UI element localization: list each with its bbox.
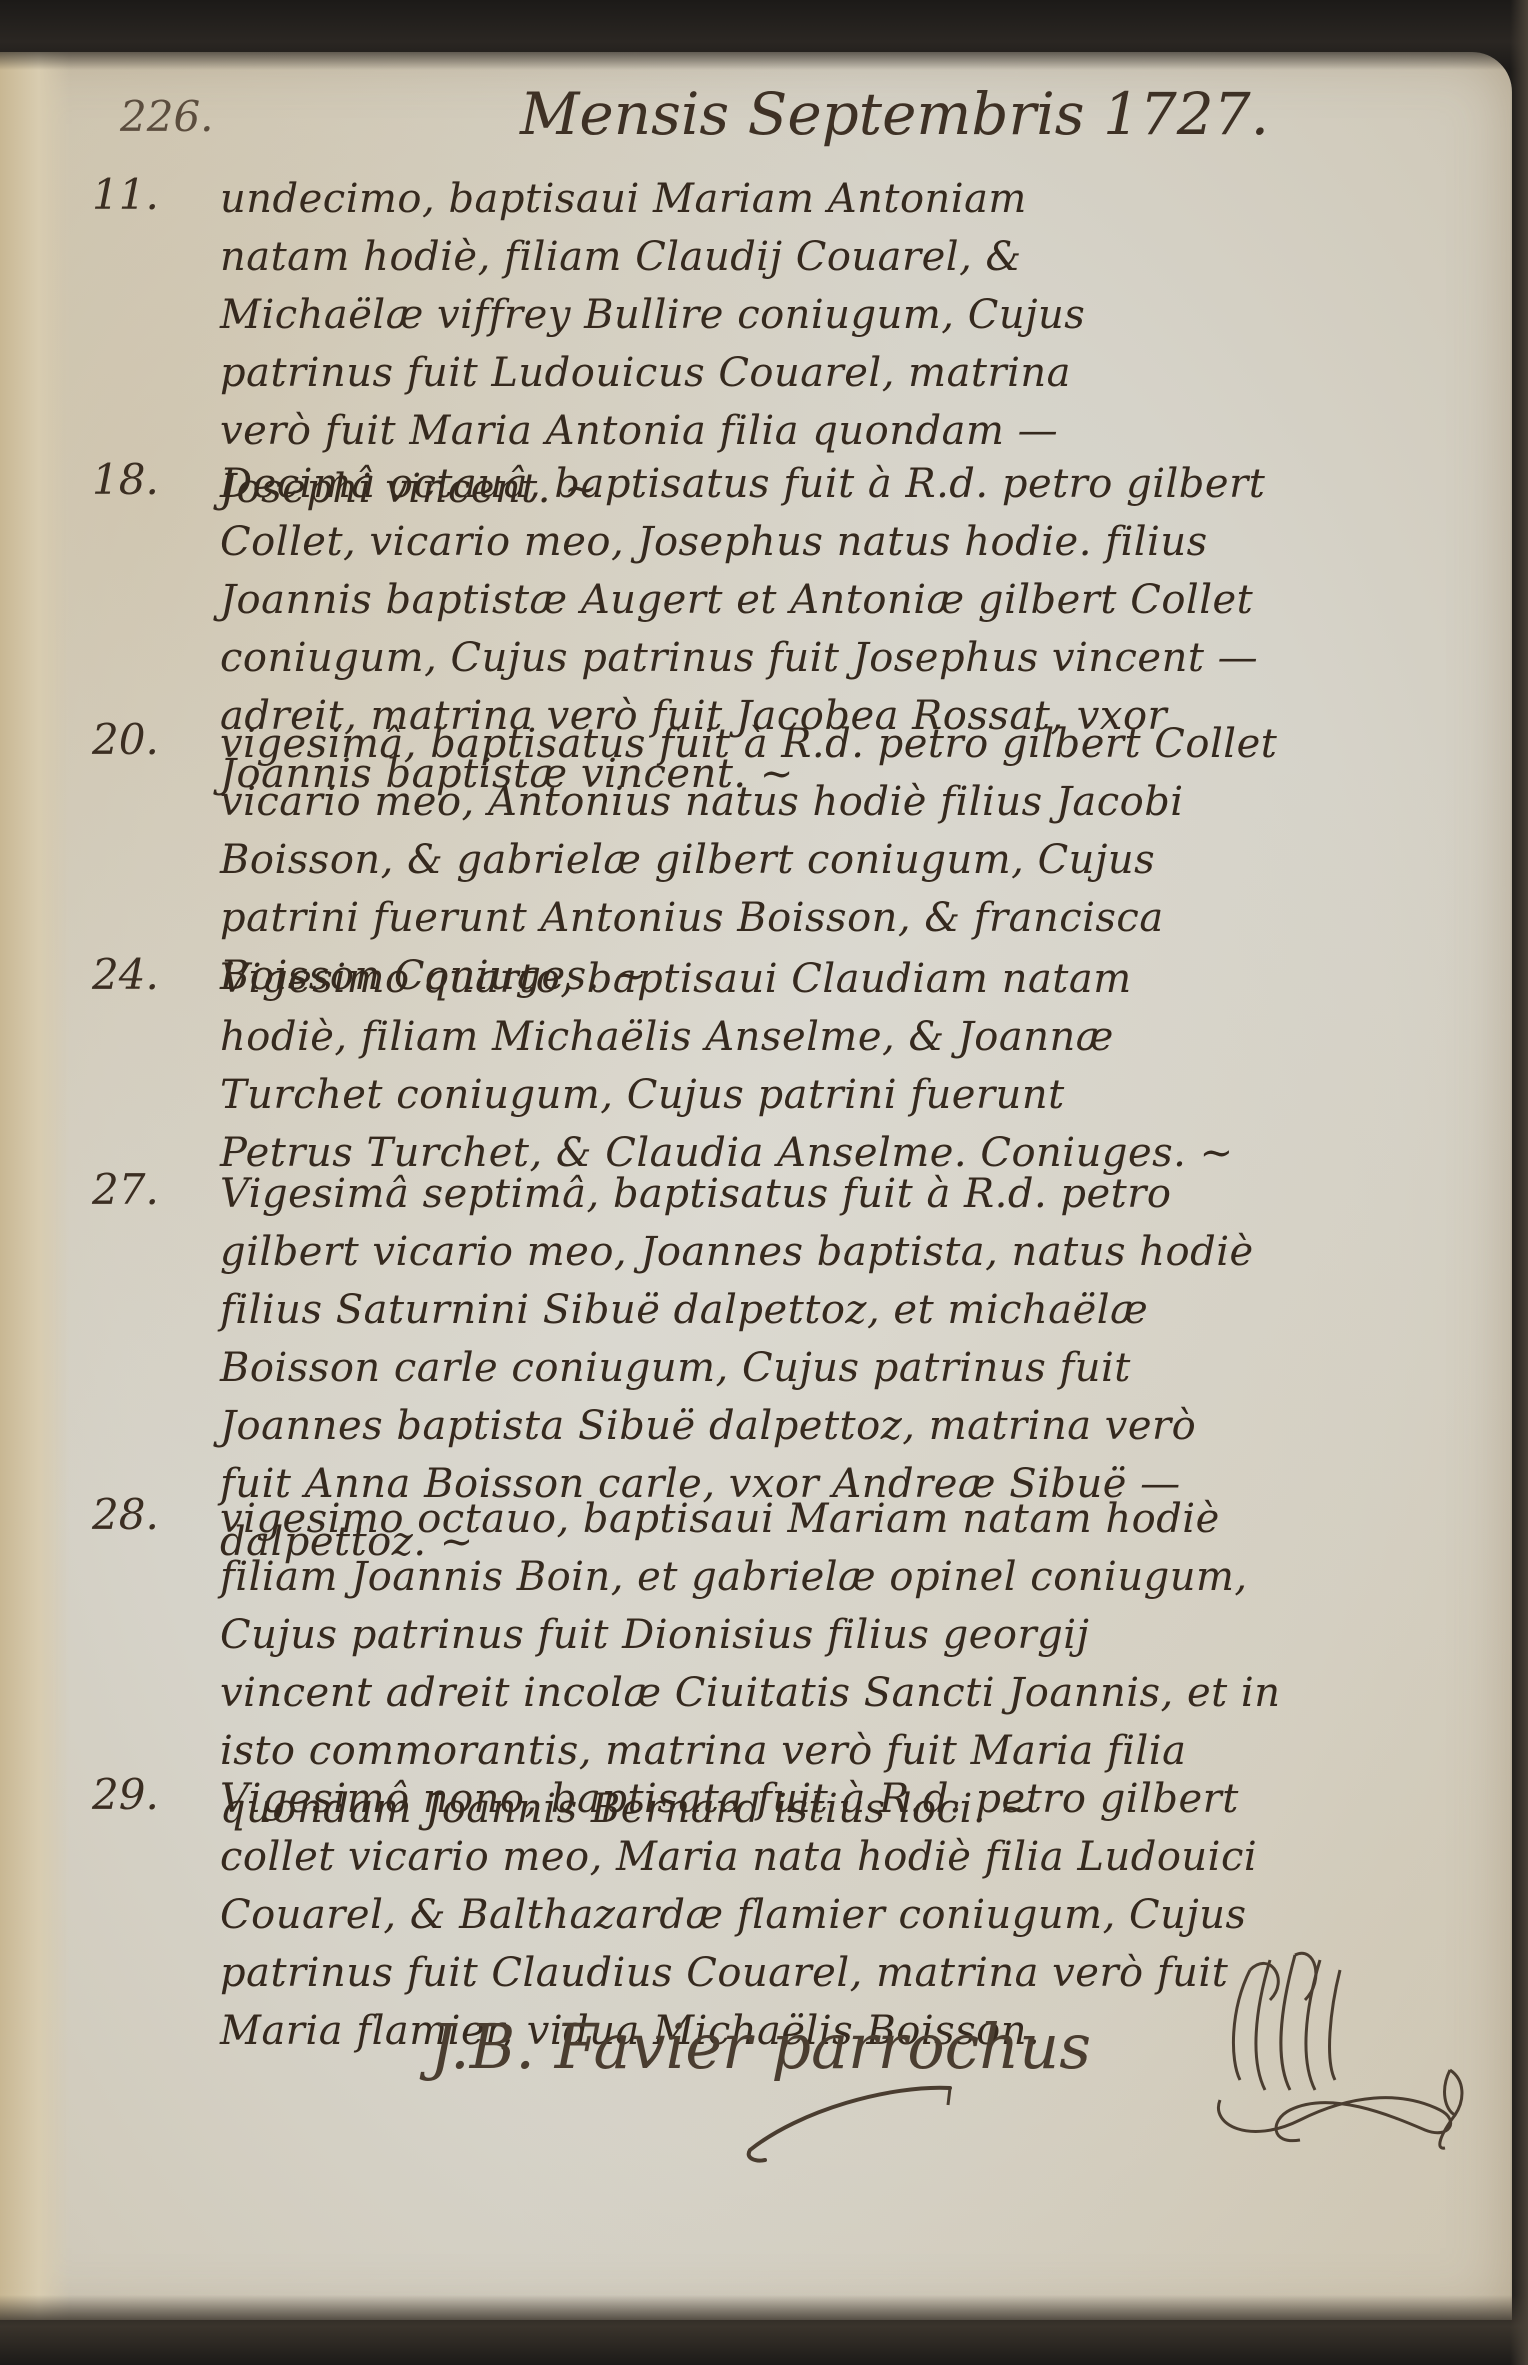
entry-day: 27. bbox=[92, 1165, 159, 1214]
entry-line: Cujus patrinus fuit Dionisius filius geo… bbox=[220, 1606, 1510, 1664]
page-bottom-edge bbox=[0, 2295, 1528, 2365]
entry-day: 29. bbox=[92, 1770, 159, 1819]
entry-line: Joannes baptista Sibuë dalpettoz, matrin… bbox=[220, 1397, 1510, 1455]
signature-underswash-icon bbox=[720, 2080, 1020, 2170]
entry-line: Boisson carle coniugum, Cujus patrinus f… bbox=[220, 1339, 1510, 1397]
entry-line: Vigesimô nono, baptisata fuit à R.d. pet… bbox=[220, 1770, 1510, 1828]
entry-day: 20. bbox=[92, 715, 159, 764]
entry-line: vincent adreit incolæ Ciuitatis Sancti J… bbox=[220, 1664, 1510, 1722]
page-top-edge bbox=[0, 0, 1528, 70]
entry-day: 18. bbox=[92, 455, 159, 504]
entry-line: Boisson, & gabrielæ gilbert coniugum, Cu… bbox=[220, 831, 1510, 889]
entry-line: gilbert vicario meo, Joannes baptista, n… bbox=[220, 1223, 1510, 1281]
folio-number: 226. bbox=[120, 92, 214, 141]
entry-line: coniugum, Cujus patrinus fuit Josephus v… bbox=[220, 629, 1510, 687]
entry-day: 24. bbox=[92, 950, 159, 999]
signature-paraph-flourish-icon bbox=[1210, 1950, 1500, 2150]
entry-line: undecimo, baptisaui Mariam Antoniam bbox=[220, 170, 1510, 228]
entry-line: vigesimo octauo, baptisaui Mariam natam … bbox=[220, 1490, 1510, 1548]
page-header-month: Mensis Septembris 1727. bbox=[520, 80, 1269, 148]
manuscript-scan: 226. Mensis Septembris 1727. 11. undecim… bbox=[0, 0, 1528, 2365]
entry-line: vigesimâ, baptisatus fuit à R.d. petro g… bbox=[220, 715, 1510, 773]
entry-line: Decimâ octauâ, baptisatus fuit à R.d. pe… bbox=[220, 455, 1510, 513]
entry-line: verò fuit Maria Antonia filia quondam — bbox=[220, 402, 1510, 460]
entry-line: hodiè, filiam Michaëlis Anselme, & Joann… bbox=[220, 1008, 1510, 1066]
entry-line: filius Saturnini Sibuë dalpettoz, et mic… bbox=[220, 1281, 1510, 1339]
entry-line: vicario meo, Antonius natus hodiè filius… bbox=[220, 773, 1510, 831]
entry-line: Joannis baptistæ Augert et Antoniæ gilbe… bbox=[220, 571, 1510, 629]
entry-line: patrinus fuit Ludouicus Couarel, matrina bbox=[220, 344, 1510, 402]
entry-line: Michaëlæ viffrey Bullire coniugum, Cujus bbox=[220, 286, 1510, 344]
entry-line: Collet, vicario meo, Josephus natus hodi… bbox=[220, 513, 1510, 571]
priest-signature: J.B. Favier parrochus bbox=[430, 2010, 1091, 2083]
page-gutter bbox=[0, 52, 70, 2320]
page-right-edge bbox=[1510, 0, 1528, 2365]
entry-day: 11. bbox=[92, 170, 159, 219]
entry-line: Turchet coniugum, Cujus patrini fuerunt bbox=[220, 1066, 1510, 1124]
entry-line: Vigesimo quarto, baptisaui Claudiam nata… bbox=[220, 950, 1510, 1008]
entry-line: collet vicario meo, Maria nata hodiè fil… bbox=[220, 1828, 1510, 1886]
entry-day: 28. bbox=[92, 1490, 159, 1539]
entry-line: patrini fuerunt Antonius Boisson, & fran… bbox=[220, 889, 1510, 947]
entry-line: Vigesimâ septimâ, baptisatus fuit à R.d.… bbox=[220, 1165, 1510, 1223]
entry-line: Couarel, & Balthazardæ flamier coniugum,… bbox=[220, 1886, 1510, 1944]
entry-line: filiam Joannis Boin, et gabrielæ opinel … bbox=[220, 1548, 1510, 1606]
entry-text: Vigesimo quarto, baptisaui Claudiam nata… bbox=[220, 950, 1510, 1182]
entry-line: natam hodiè, filiam Claudij Couarel, & bbox=[220, 228, 1510, 286]
